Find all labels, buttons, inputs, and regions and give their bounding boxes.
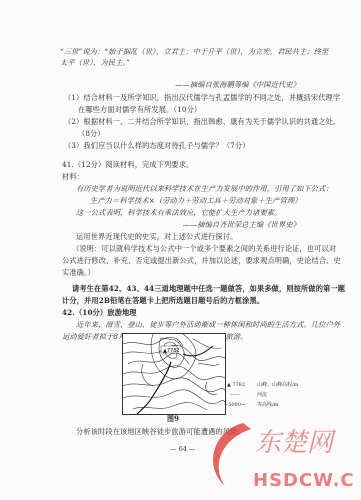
legend-river: —— 河流 [230,392,240,398]
q41-paragraph2: 这一公式表明，科学技术有乘法效应，它能扩大生产力诸要素。 [76,208,281,217]
watermark-logo-icon: 东楚网 HSDCW.COM [203,411,353,496]
svg-text:HSDCW.COM: HSDCW.COM [253,470,353,491]
q41-source: ——摘编自齐世荣总主编《世界史》 [60,220,300,229]
river-line-icon: —— [230,392,240,398]
q41-note-line1: （说明：可以就科学技术与公式中一个或多个要素之间的关系进行论证，也可以对 [72,244,336,253]
legend-contour: ~5000~ 等高线/m [224,402,245,408]
hsdcw-watermark: 东楚网 HSDCW.COM [203,411,353,496]
legend-peak-label: 山峰、山峰高程/m [257,382,298,388]
q42-paragraph1: 近年来，滑雪、登山、徒步等户外活动渐成一种休闲和时尚的生活方式。几位户外 [76,320,340,329]
figure-caption: 图9 [167,414,179,424]
q40-part3: （3）我们应当以什么样的态度对待孔子与儒学？（7分） [64,141,250,150]
q42-header: 42.（10分）旅游地理 [62,308,137,317]
q40-part1-line1: （1）结合材料一及所学知识，指出汉代儒学与孔孟儒学的不同之处，并概括宋代理学 [64,93,340,102]
q41-material-label: 材料： [62,172,84,181]
page-number: — 64 — [170,445,195,453]
quote-source: ——摘编自张海鹏等编《中国近代史》 [60,80,300,89]
q41-task: 运用世界近现代史的史实，对上述公式进行探讨。 [76,232,237,241]
q41-formula: 生产力＝科学技术×（劳动力＋劳动工具＋劳动对象＋生产管理） [90,196,302,205]
document-page: “三世”说为：“始于据乱（世），立君主；中于升平（世），为立宪，君民共主；终至 … [0,0,361,500]
figure-9-contour-map: ▲7782 [122,333,226,415]
q40-part1-line2: 在哪些方面对儒学有所发展。（10分） [78,105,201,114]
contour-line-icon: ~5000~ [224,402,245,408]
contour-lines-graphic: ▲7782 [123,334,225,414]
q41-paragraph1: 有历史学者为说明近代以来科学技术在生产力发展中的作用，引用了如下公式： [76,184,333,193]
material-quote-line1: “三世”说为：“始于据乱（世），立君主；中于升平（世），为立宪，君民共主；终至 [60,47,328,56]
legend-peak: ▲ 7782 山峰、山峰高程/m [227,382,245,388]
svg-text:▲7782: ▲7782 [163,348,180,354]
legend-contour-label: 等高线/m [257,402,278,408]
peak-symbol-icon: ▲ 7782 [227,382,245,388]
q40-part2-line1: （2）根据材料一、二并结合所学知识，指出韩愈、康有为关于儒学认识的共通之处。 [64,117,340,126]
material-quote-line2: 太平（世），为民主。” [60,58,130,67]
geo-instruction-line1: 请考生在第42、43、44三道地理题中任选一题做答，如果多做，则按所做的第一题 [72,284,345,293]
geo-instruction-line2: 计分，并用2B铅笔在答题卡上把所选题目题号后的方框涂黑。 [62,296,264,305]
q41-note-line3: 实准确。） [62,268,95,277]
svg-text:东楚网: 东楚网 [255,428,337,458]
q40-part2-line2: （8分） [78,129,105,138]
q41-note-line2: 公式进行修改、补充、否定或提出新公式，并加以论述，要求观点明确，史论结合、史 [62,256,341,265]
q41-header: 41.（12分）阅读材料，完成下列要求。 [62,160,193,169]
legend-river-label: 河流 [257,392,267,398]
